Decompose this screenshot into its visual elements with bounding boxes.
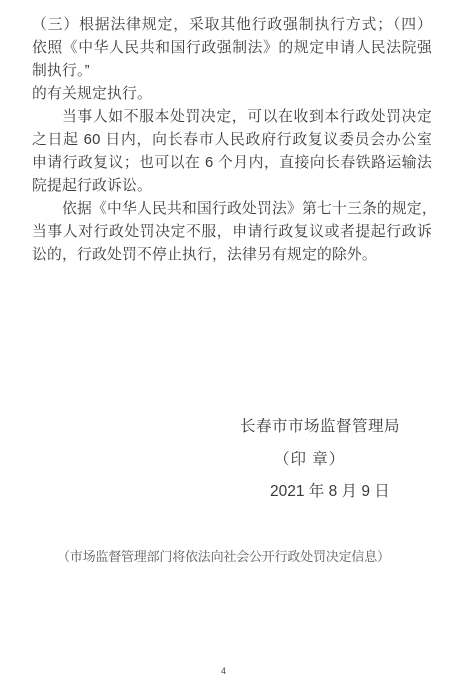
body-line: 当事人如不服本处罚决定，可以在收到本行政处罚决定 <box>32 106 432 129</box>
seal-placeholder: （印 章） <box>274 450 345 470</box>
document-page: （三）根据法律规定，采取其他行政强制执行方式；（四） 依照《中华人民共和国行政强… <box>0 0 459 688</box>
disclosure-note: （市场监督管理部门将依法向社会公开行政处罚决定信息） <box>57 548 402 566</box>
body-line: 讼的，行政处罚不停止执行，法律另有规定的除外。 <box>32 244 432 267</box>
issuing-authority: 长春市市场监督管理局 <box>240 417 400 437</box>
body-line: 院提起行政诉讼。 <box>32 175 432 198</box>
page-number: 4 <box>221 666 226 676</box>
body-line: 之日起 60 日内，向长春市人民政府行政复议委员会办公室 <box>32 129 432 152</box>
body-line: 制执行。” <box>32 60 432 83</box>
body-line: （三）根据法律规定，采取其他行政强制执行方式；（四） <box>32 14 432 37</box>
body-line: 依照《中华人民共和国行政强制法》的规定申请人民法院强 <box>32 37 432 60</box>
decision-date: 2021 年 8 月 9 日 <box>270 482 390 502</box>
body-line: 依据《中华人民共和国行政处罚法》第七十三条的规定， <box>32 198 432 221</box>
body-line: 当事人对行政处罚决定不服，申请行政复议或者提起行政诉 <box>32 221 432 244</box>
body-line: 申请行政复议；也可以在 6 个月内，直接向长春铁路运输法 <box>32 152 432 175</box>
document-body: （三）根据法律规定，采取其他行政强制执行方式；（四） 依照《中华人民共和国行政强… <box>32 14 432 267</box>
body-line: 的有关规定执行。 <box>32 83 432 106</box>
